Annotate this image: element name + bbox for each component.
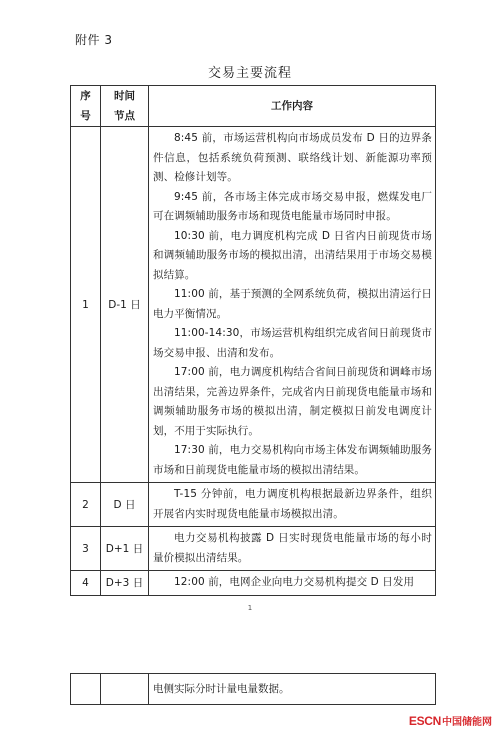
work-cell: T-15 分钟前，电力调度机构根据最新边界条件，组织开展省内实时现货电能量市场模… — [149, 483, 436, 527]
work-paragraph: 17:30 前，电力交易机构向市场主体发布调频辅助服务市场和日前现货电能量市场的… — [153, 441, 432, 480]
header-time: 时间 节点 — [101, 86, 149, 127]
work-cell: 电力交易机构披露 D 日实时现货电能量市场的每小时量价模拟出清结果。 — [149, 527, 436, 571]
work-paragraph: 11:00 前，基于预测的全网系统负荷，模拟出清运行日电力平衡情况。 — [153, 285, 432, 324]
continuation-table: 电侧实际分时计量电量数据。 — [70, 673, 436, 705]
work-paragraph: 8:45 前，市场运营机构向市场成员发布 D 日的边界条件信息，包括系统负荷预测… — [153, 129, 432, 188]
escn-watermark-logo: ESCN 中国储能网 — [409, 713, 492, 728]
time-cell: D+3 日 — [101, 571, 149, 596]
work-paragraph: T-15 分钟前，电力调度机构根据最新边界条件，组织开展省内实时现货电能量市场模… — [153, 485, 432, 524]
table-row: 4 D+3 日 12:00 前，电网企业向电力交易机构提交 D 日发用 — [71, 571, 436, 596]
header-seq: 序 号 — [71, 86, 101, 127]
seq-cell: 2 — [71, 483, 101, 527]
watermark-chinese: 中国储能网 — [442, 713, 492, 728]
seq-cell: 1 — [71, 127, 101, 483]
work-paragraph: 12:00 前，电网企业向电力交易机构提交 D 日发用 — [153, 573, 432, 593]
time-cell: D+1 日 — [101, 527, 149, 571]
process-table: 序 号 时间 节点 工作内容 1 D-1 日 8:45 前，市场运营机构向市场成… — [70, 85, 436, 596]
work-paragraph: 9:45 前，各市场主体完成市场交易申报，燃煤发电厂可在调频辅助服务市场和现货电… — [153, 188, 432, 227]
watermark-latin: ESCN — [409, 714, 441, 728]
work-cell: 电侧实际分时计量电量数据。 — [149, 674, 436, 705]
work-cell: 8:45 前，市场运营机构向市场成员发布 D 日的边界条件信息，包括系统负荷预测… — [149, 127, 436, 483]
seq-cell: 4 — [71, 571, 101, 596]
page-number: 1 — [0, 604, 500, 612]
seq-cell — [71, 674, 101, 705]
work-paragraph: 11:00-14:30，市场运营机构组织完成省间日前现货市场交易申报、出清和发布… — [153, 324, 432, 363]
work-paragraph: 17:00 前，电力调度机构结合省间日前现货和调峰市场出清结果，完善边界条件，完… — [153, 363, 432, 441]
work-paragraph: 10:30 前，电力调度机构完成 D 日省内日前现货市场和调频辅助服务市场的模拟… — [153, 227, 432, 286]
seq-cell: 3 — [71, 527, 101, 571]
time-cell: D 日 — [101, 483, 149, 527]
document-title: 交易主要流程 — [0, 62, 500, 81]
time-cell: D-1 日 — [101, 127, 149, 483]
table-row: 2 D 日 T-15 分钟前，电力调度机构根据最新边界条件，组织开展省内实时现货… — [71, 483, 436, 527]
table-row: 1 D-1 日 8:45 前，市场运营机构向市场成员发布 D 日的边界条件信息，… — [71, 127, 436, 483]
work-paragraph: 电力交易机构披露 D 日实时现货电能量市场的每小时量价模拟出清结果。 — [153, 529, 432, 568]
table-row: 3 D+1 日 电力交易机构披露 D 日实时现货电能量市场的每小时量价模拟出清结… — [71, 527, 436, 571]
table-row: 电侧实际分时计量电量数据。 — [71, 674, 436, 705]
header-work: 工作内容 — [149, 86, 436, 127]
time-cell — [101, 674, 149, 705]
table-header-row: 序 号 时间 节点 工作内容 — [71, 86, 436, 127]
attachment-label: 附件 3 — [75, 31, 112, 48]
work-cell: 12:00 前，电网企业向电力交易机构提交 D 日发用 — [149, 571, 436, 596]
